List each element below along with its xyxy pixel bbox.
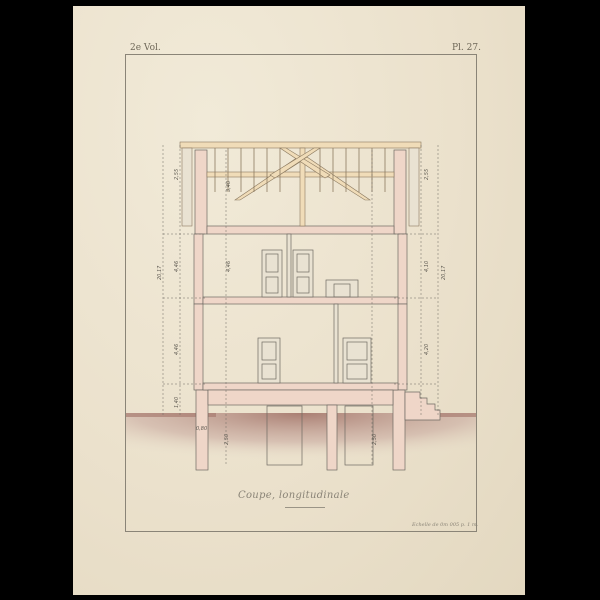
svg-text:2,55: 2,55 bbox=[424, 169, 430, 180]
svg-text:20,17: 20,17 bbox=[157, 265, 163, 280]
scale-note: Echelle de 0m 005 p. 1 m. bbox=[412, 522, 478, 528]
svg-text:4,46: 4,46 bbox=[174, 261, 180, 272]
svg-text:2,50: 2,50 bbox=[224, 434, 230, 445]
svg-text:4,46: 4,46 bbox=[174, 344, 180, 355]
plate-caption: Coupe, longitudinale bbox=[238, 490, 350, 501]
caption-underline bbox=[285, 507, 325, 508]
svg-text:4,46: 4,46 bbox=[226, 261, 232, 272]
svg-text:2,55: 2,55 bbox=[174, 169, 180, 180]
svg-text:20,17: 20,17 bbox=[441, 265, 447, 280]
svg-text:1,40: 1,40 bbox=[174, 397, 180, 408]
section-drawing: 20,17 20,17 2,55 2,55 3,40 4,46 4,46 4,1… bbox=[0, 0, 600, 600]
svg-text:4,10: 4,10 bbox=[424, 261, 430, 272]
svg-text:4,20: 4,20 bbox=[424, 344, 430, 355]
svg-text:3,40: 3,40 bbox=[226, 181, 232, 192]
svg-text:2,50: 2,50 bbox=[372, 434, 378, 445]
svg-text:0,80: 0,80 bbox=[196, 426, 207, 432]
ground-soil bbox=[126, 413, 476, 473]
